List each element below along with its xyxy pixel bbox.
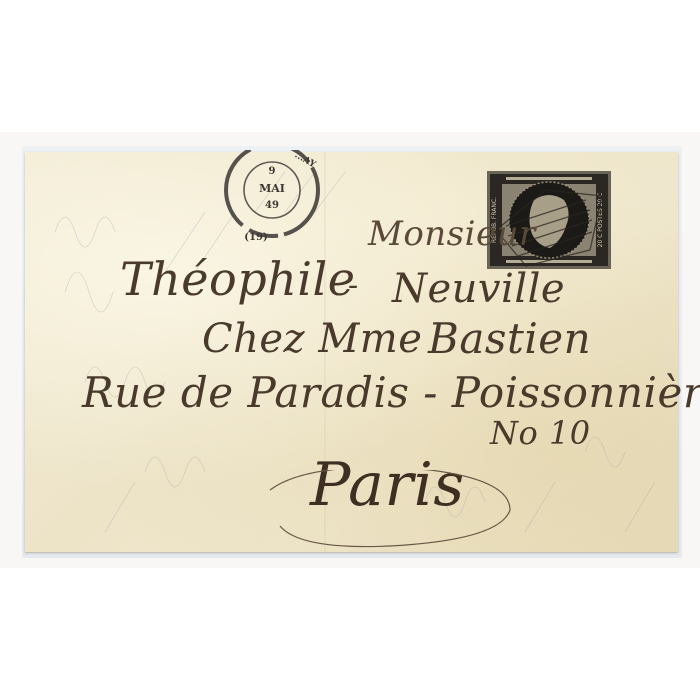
street-line: Rue de Paradis - Poissonnière [82,368,700,417]
care-of-name: Bastien [428,314,591,363]
salutation: Monsieur [368,214,536,254]
postmark-year: 49 [265,200,279,211]
postmark-day: 9 [269,166,276,177]
name-separator: - [348,268,359,303]
city-flourish [250,470,550,550]
postmark-month: MAI [259,182,285,195]
care-of: Chez Mme [202,316,422,362]
house-number: No 10 [490,414,591,452]
postmark-department: (19) [244,232,267,243]
recipient-last-name: Neuville [392,266,565,312]
circular-date-postmark: 9 MAI 49 ...AY (19) [212,150,332,246]
recipient-first-name: Théophile [120,252,355,306]
